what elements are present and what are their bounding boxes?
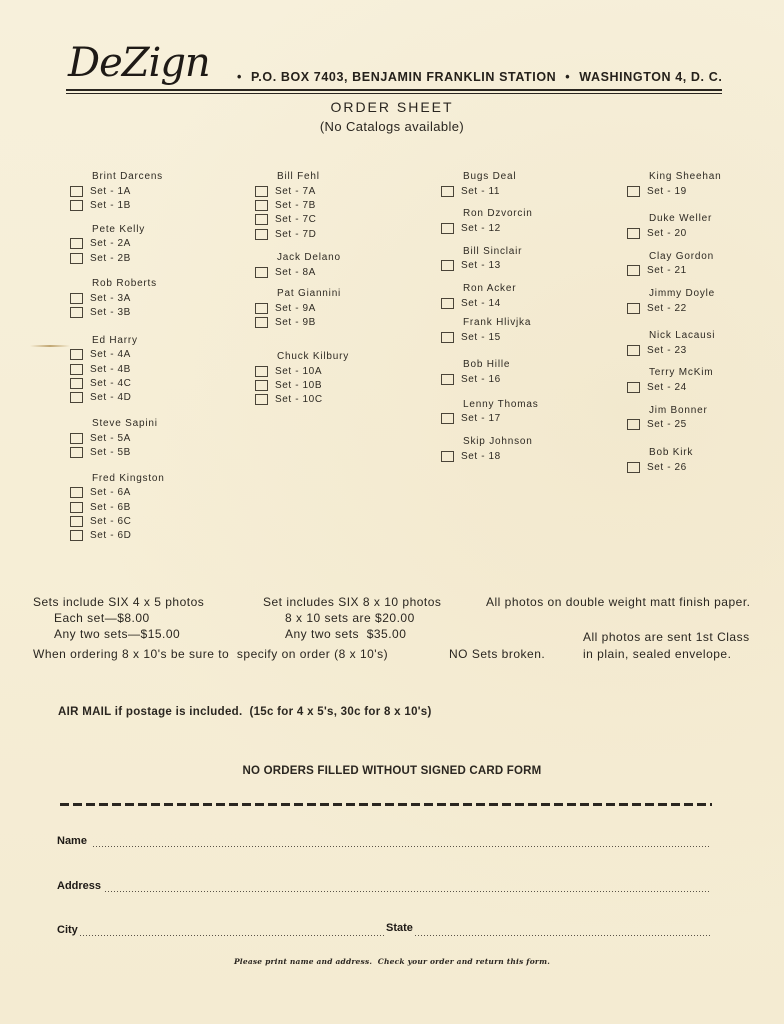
- set-option[interactable]: Set - 13: [441, 259, 621, 273]
- page-title: ORDER SHEET: [0, 99, 784, 115]
- set-label: Set - 3A: [90, 293, 131, 304]
- set-option[interactable]: Set - 2A: [70, 237, 250, 251]
- set-option[interactable]: Set - 10A: [255, 364, 435, 378]
- artist-group: Jack DelanoSet - 8A: [255, 251, 435, 279]
- set-option[interactable]: Set - 14: [441, 296, 621, 310]
- signed-card-notice: NO ORDERS FILLED WITHOUT SIGNED CARD FOR…: [0, 765, 784, 777]
- set-checkbox[interactable]: [627, 419, 640, 430]
- artist-name: Skip Johnson: [441, 435, 621, 448]
- set-label: Set - 6A: [90, 487, 131, 498]
- artist-group: Terry McKimSet - 24: [627, 366, 784, 394]
- name-label: Name: [57, 835, 87, 847]
- artist-group: Jimmy DoyleSet - 22: [627, 287, 784, 315]
- set-checkbox[interactable]: [70, 502, 83, 513]
- set-label: Set - 9A: [275, 303, 316, 314]
- artist-group: Bugs DealSet - 11: [441, 170, 621, 198]
- artist-name: Bugs Deal: [441, 170, 621, 183]
- set-option[interactable]: Set - 25: [627, 418, 784, 432]
- bullet-separator: •: [565, 70, 570, 84]
- artist-group: Fred KingstonSet - 6ASet - 6BSet - 6CSet…: [70, 472, 250, 543]
- artist-group: Lenny ThomasSet - 17: [441, 398, 621, 426]
- artist-name: Pat Giannini: [255, 287, 435, 300]
- set-checkbox[interactable]: [70, 487, 83, 498]
- set-label: Set - 26: [647, 462, 687, 473]
- set-option[interactable]: Set - 7B: [255, 198, 435, 212]
- artist-group: Pete KellySet - 2ASet - 2B: [70, 223, 250, 266]
- header-rule: [66, 89, 722, 91]
- set-checkbox[interactable]: [441, 298, 454, 309]
- order-column-4: King SheehanSet - 19Duke WellerSet - 20C…: [627, 170, 784, 484]
- address-po-box: P.O. BOX 7403, BENJAMIN FRANKLIN STATION: [251, 70, 556, 84]
- set-checkbox[interactable]: [627, 228, 640, 239]
- set-option[interactable]: Set - 6A: [70, 486, 250, 500]
- artist-name: Bob Kirk: [627, 446, 784, 459]
- set-checkbox[interactable]: [70, 186, 83, 197]
- artist-name: Brint Darcens: [70, 170, 250, 183]
- set-label: Set - 1B: [90, 200, 131, 211]
- shipping-note-line2: in plain, sealed envelope.: [583, 647, 731, 661]
- set-checkbox[interactable]: [441, 374, 454, 385]
- set-option[interactable]: Set - 7C: [255, 213, 435, 227]
- set-label: Set - 10C: [275, 394, 323, 405]
- set-option[interactable]: Set - 23: [627, 343, 784, 357]
- set-option[interactable]: Set - 20: [627, 226, 784, 240]
- set-label: Set - 8A: [275, 267, 316, 278]
- set-option[interactable]: Set - 15: [441, 330, 621, 344]
- set-checkbox[interactable]: [70, 238, 83, 249]
- set-label: Set - 5A: [90, 433, 131, 444]
- artist-group: Duke WellerSet - 20: [627, 212, 784, 240]
- artist-name: Steve Sapini: [70, 417, 250, 430]
- set-label: Set - 13: [461, 260, 501, 271]
- artist-group: Skip JohnsonSet - 18: [441, 435, 621, 463]
- set-checkbox[interactable]: [255, 267, 268, 278]
- set-label: Set - 25: [647, 419, 687, 430]
- set-option[interactable]: Set - 26: [627, 460, 784, 474]
- set-checkbox[interactable]: [627, 265, 640, 276]
- company-address: •P.O. BOX 7403, BENJAMIN FRANKLIN STATIO…: [228, 70, 722, 84]
- set-label: Set - 4B: [90, 364, 131, 375]
- set-label: Set - 20: [647, 228, 687, 239]
- set-label: Set - 4C: [90, 378, 131, 389]
- set-checkbox[interactable]: [70, 516, 83, 527]
- set-checkbox[interactable]: [70, 447, 83, 458]
- artist-group: Steve SapiniSet - 5ASet - 5B: [70, 417, 250, 460]
- set-checkbox[interactable]: [627, 186, 640, 197]
- set-label: Set - 18: [461, 451, 501, 462]
- small-set-each-price: Each set—$8.00: [54, 611, 150, 625]
- set-checkbox[interactable]: [627, 382, 640, 393]
- set-option[interactable]: Set - 10C: [255, 393, 435, 407]
- set-checkbox[interactable]: [627, 303, 640, 314]
- set-option[interactable]: Set - 9B: [255, 316, 435, 330]
- order-column-2: Bill FehlSet - 7ASet - 7BSet - 7CSet - 7…: [255, 170, 435, 417]
- set-checkbox[interactable]: [255, 394, 268, 405]
- artist-group: Nick LacausiSet - 23: [627, 329, 784, 357]
- set-checkbox[interactable]: [70, 307, 83, 318]
- set-checkbox[interactable]: [255, 229, 268, 240]
- set-option[interactable]: Set - 21: [627, 264, 784, 278]
- set-checkbox[interactable]: [70, 253, 83, 264]
- artist-name: Nick Lacausi: [627, 329, 784, 342]
- set-label: Set - 7A: [275, 186, 316, 197]
- set-option[interactable]: Set - 3A: [70, 291, 250, 305]
- name-field[interactable]: [93, 846, 710, 847]
- set-option[interactable]: Set - 4B: [70, 362, 250, 376]
- set-option[interactable]: Set - 1B: [70, 198, 250, 212]
- set-checkbox[interactable]: [441, 186, 454, 197]
- set-label: Set - 2B: [90, 253, 131, 264]
- artist-name: Ron Acker: [441, 282, 621, 295]
- artist-group: Bob HilleSet - 16: [441, 358, 621, 386]
- set-label: Set - 11: [461, 186, 500, 197]
- artist-name: Fred Kingston: [70, 472, 250, 485]
- set-label: Set - 15: [461, 332, 501, 343]
- large-set-heading: Set includes SIX 8 x 10 photos: [263, 595, 441, 609]
- artist-group: King SheehanSet - 19: [627, 170, 784, 198]
- set-checkbox[interactable]: [255, 366, 268, 377]
- set-checkbox[interactable]: [441, 260, 454, 271]
- set-checkbox[interactable]: [70, 378, 83, 389]
- company-logo: DeZign: [68, 40, 210, 86]
- set-checkbox[interactable]: [255, 317, 268, 328]
- set-option[interactable]: Set - 11: [441, 184, 621, 198]
- airmail-note: AIR MAIL if postage is included. (15c fo…: [58, 706, 432, 718]
- artist-name: Ed Harry: [70, 334, 250, 347]
- artist-group: Brint DarcensSet - 1ASet - 1B: [70, 170, 250, 213]
- set-checkbox[interactable]: [70, 200, 83, 211]
- set-label: Set - 10B: [275, 380, 322, 391]
- set-option[interactable]: Set - 6B: [70, 500, 250, 514]
- set-label: Set - 23: [647, 345, 687, 356]
- set-label: Set - 14: [461, 298, 501, 309]
- set-label: Set - 7B: [275, 200, 316, 211]
- set-label: Set - 12: [461, 223, 501, 234]
- set-checkbox[interactable]: [441, 223, 454, 234]
- artist-name: Jim Bonner: [627, 404, 784, 417]
- large-set-two-price: Any two sets $35.00: [285, 627, 406, 641]
- set-label: Set - 4D: [90, 392, 131, 403]
- set-option[interactable]: Set - 1A: [70, 184, 250, 198]
- set-option[interactable]: Set - 6D: [70, 528, 250, 542]
- artist-name: Bill Fehl: [255, 170, 435, 183]
- set-option[interactable]: Set - 5A: [70, 431, 250, 445]
- paper-stain: [30, 345, 70, 347]
- artist-name: Frank Hlivjka: [441, 316, 621, 329]
- set-label: Set - 22: [647, 303, 687, 314]
- set-option[interactable]: Set - 7D: [255, 227, 435, 241]
- set-option[interactable]: Set - 9A: [255, 301, 435, 315]
- artist-name: Rob Roberts: [70, 277, 250, 290]
- set-checkbox[interactable]: [255, 186, 268, 197]
- artist-name: Jimmy Doyle: [627, 287, 784, 300]
- set-option[interactable]: Set - 19: [627, 184, 784, 198]
- set-label: Set - 6D: [90, 530, 131, 541]
- form-instructions: Please print name and address. Check you…: [0, 957, 784, 966]
- artist-group: Frank HlivjkaSet - 15: [441, 316, 621, 344]
- set-label: Set - 2A: [90, 238, 131, 249]
- shipping-note-line1: All photos are sent 1st Class: [583, 630, 750, 644]
- set-checkbox[interactable]: [70, 293, 83, 304]
- artist-name: Terry McKim: [627, 366, 784, 379]
- set-option[interactable]: Set - 18: [441, 449, 621, 463]
- city-label: City: [57, 924, 78, 936]
- state-field[interactable]: [415, 935, 710, 936]
- no-broken-sets-note: NO Sets broken.: [449, 647, 545, 661]
- artist-group: Bill SinclairSet - 13: [441, 245, 621, 273]
- set-option[interactable]: Set - 10B: [255, 378, 435, 392]
- set-checkbox[interactable]: [441, 413, 454, 424]
- set-label: Set - 6B: [90, 502, 131, 513]
- artist-group: Ron DzvorcinSet - 12: [441, 207, 621, 235]
- set-checkbox[interactable]: [70, 349, 83, 360]
- set-option[interactable]: Set - 3B: [70, 305, 250, 319]
- paper-note: All photos on double weight matt finish …: [486, 595, 751, 609]
- set-label: Set - 21: [647, 265, 687, 276]
- set-option[interactable]: Set - 5B: [70, 445, 250, 459]
- set-checkbox[interactable]: [627, 345, 640, 356]
- set-label: Set - 4A: [90, 349, 131, 360]
- artist-group: Pat GianniniSet - 9ASet - 9B: [255, 287, 435, 330]
- set-label: Set - 17: [461, 413, 501, 424]
- artist-group: Clay GordonSet - 21: [627, 250, 784, 278]
- address-label: Address: [57, 880, 101, 892]
- address-field[interactable]: [105, 891, 710, 892]
- set-option[interactable]: Set - 24: [627, 380, 784, 394]
- artist-group: Jim BonnerSet - 25: [627, 404, 784, 432]
- set-label: Set - 1A: [90, 186, 131, 197]
- set-option[interactable]: Set - 22: [627, 301, 784, 315]
- set-label: Set - 5B: [90, 447, 131, 458]
- artist-name: Duke Weller: [627, 212, 784, 225]
- set-checkbox[interactable]: [70, 364, 83, 375]
- artist-name: King Sheehan: [627, 170, 784, 183]
- artist-group: Bob KirkSet - 26: [627, 446, 784, 474]
- set-checkbox[interactable]: [255, 380, 268, 391]
- set-option[interactable]: Set - 17: [441, 412, 621, 426]
- artist-name: Lenny Thomas: [441, 398, 621, 411]
- address-city: WASHINGTON 4, D. C.: [579, 70, 722, 84]
- header-rule-thin: [66, 93, 722, 94]
- set-option[interactable]: Set - 16: [441, 372, 621, 386]
- set-label: Set - 7C: [275, 214, 316, 225]
- set-label: Set - 7D: [275, 229, 316, 240]
- set-option[interactable]: Set - 12: [441, 221, 621, 235]
- set-option[interactable]: Set - 4D: [70, 391, 250, 405]
- set-label: Set - 16: [461, 374, 501, 385]
- set-option[interactable]: Set - 4C: [70, 376, 250, 390]
- artist-name: Chuck Kilbury: [255, 350, 435, 363]
- set-checkbox[interactable]: [441, 332, 454, 343]
- set-checkbox[interactable]: [441, 451, 454, 462]
- artist-name: Bill Sinclair: [441, 245, 621, 258]
- artist-group: Chuck KilburySet - 10ASet - 10BSet - 10C: [255, 350, 435, 407]
- set-checkbox[interactable]: [255, 214, 268, 225]
- set-label: Set - 10A: [275, 366, 322, 377]
- set-label: Set - 19: [647, 186, 687, 197]
- set-label: Set - 6C: [90, 516, 131, 527]
- artist-group: Ron AckerSet - 14: [441, 282, 621, 310]
- artist-name: Jack Delano: [255, 251, 435, 264]
- artist-group: Bill FehlSet - 7ASet - 7BSet - 7CSet - 7…: [255, 170, 435, 241]
- cut-line: [60, 803, 712, 806]
- set-checkbox[interactable]: [255, 303, 268, 314]
- set-option[interactable]: Set - 7A: [255, 184, 435, 198]
- bullet-separator: •: [237, 70, 242, 84]
- order-column-3: Bugs DealSet - 11Ron DzvorcinSet - 12Bil…: [441, 170, 621, 473]
- set-label: Set - 3B: [90, 307, 131, 318]
- small-set-heading: Sets include SIX 4 x 5 photos: [33, 595, 204, 609]
- state-label: State: [386, 922, 413, 934]
- artist-name: Ron Dzvorcin: [441, 207, 621, 220]
- city-field[interactable]: [80, 935, 385, 936]
- set-checkbox[interactable]: [70, 433, 83, 444]
- artist-group: Rob RobertsSet - 3ASet - 3B: [70, 277, 250, 320]
- set-checkbox[interactable]: [70, 530, 83, 541]
- artist-name: Pete Kelly: [70, 223, 250, 236]
- set-label: Set - 24: [647, 382, 687, 393]
- set-option[interactable]: Set - 2B: [70, 251, 250, 265]
- set-option[interactable]: Set - 8A: [255, 265, 435, 279]
- set-option[interactable]: Set - 4A: [70, 348, 250, 362]
- artist-group: Ed HarrySet - 4ASet - 4BSet - 4CSet - 4D: [70, 334, 250, 405]
- set-checkbox[interactable]: [255, 200, 268, 211]
- artist-name: Bob Hille: [441, 358, 621, 371]
- set-checkbox[interactable]: [627, 462, 640, 473]
- order-column-1: Brint DarcensSet - 1ASet - 1BPete KellyS…: [70, 170, 250, 553]
- large-set-each-price: 8 x 10 sets are $20.00: [285, 611, 415, 625]
- small-set-two-price: Any two sets—$15.00: [54, 627, 180, 641]
- set-label: Set - 9B: [275, 317, 316, 328]
- page-subtitle: (No Catalogs available): [0, 119, 784, 134]
- set-option[interactable]: Set - 6C: [70, 514, 250, 528]
- ordering-note: When ordering 8 x 10's be sure to specif…: [33, 647, 388, 661]
- set-checkbox[interactable]: [70, 392, 83, 403]
- artist-name: Clay Gordon: [627, 250, 784, 263]
